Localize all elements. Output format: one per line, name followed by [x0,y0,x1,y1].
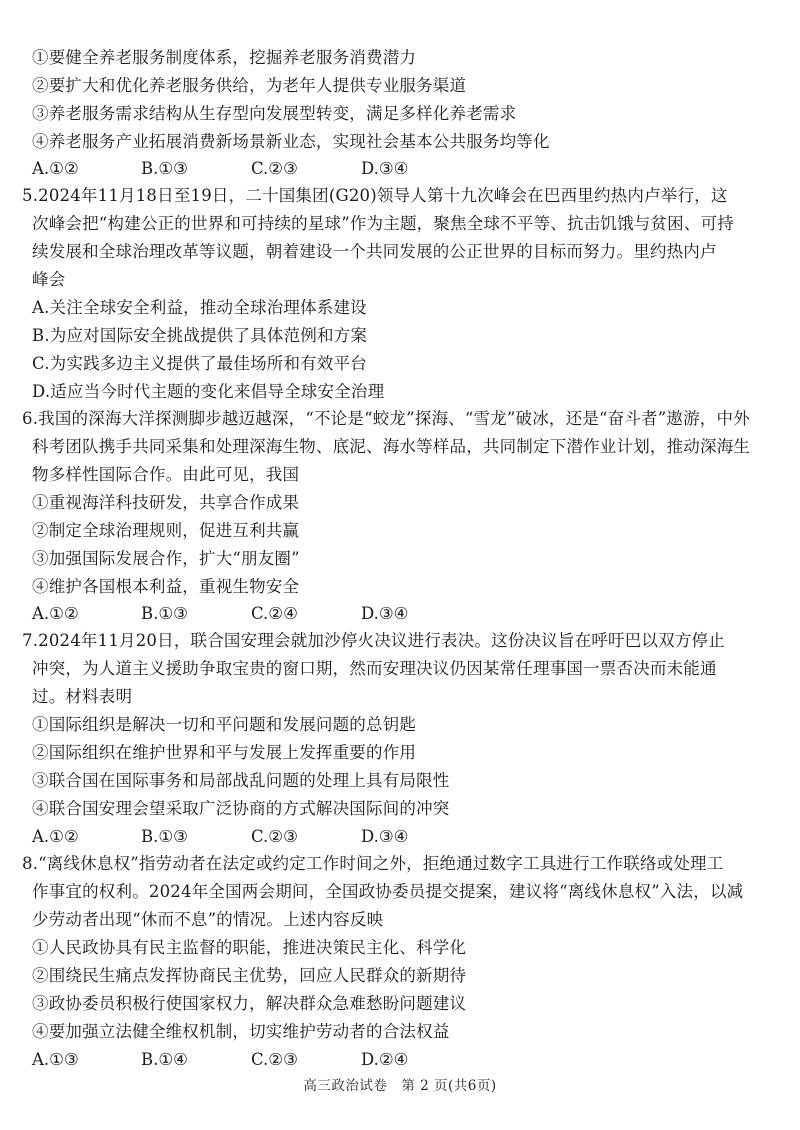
statement-1: ①人民政协具有民主监督的职能，推进决策民主化、科学化 [32,937,466,959]
statement-4: ④养老服务产业拓展消费新场景新业态，实现社会基本公共服务均等化 [32,131,550,153]
statement-1: ①要健全养老服务制度体系，挖掘养老服务消费潜力 [32,47,416,69]
statement-4: ④维护各国根本利益，重视生物安全 [32,576,299,598]
option-c: C.②④ [251,603,298,625]
statement-1: ①重视海洋科技研发，共享合作成果 [32,492,299,514]
statement-2: ②围绕民生痛点发挥协商民主优势，回应人民群众的新期待 [32,965,466,987]
question-stem-line: 过。材料表明 [32,686,132,708]
question-stem-line: 作事宜的权利。2024年全国两会期间，全国政协委员提交提案，建议将“离线休息权”… [32,881,743,903]
statement-2: ②国际组织在维护世界和平与发展上发挥重要的作用 [32,742,416,764]
question-stem-line: 物多样性国际合作。由此可见，我国 [32,464,299,486]
option-d: D.适应当今时代主题的变化来倡导全球安全治理 [32,381,384,403]
exam-page: ①要健全养老服务制度体系，挖掘养老服务消费潜力 ②要扩大和优化养老服务供给，为老… [0,0,800,1130]
statement-3: ③养老服务需求结构从生存型向发展型转变，满足多样化养老需求 [32,103,516,125]
option-a: A.①③ [32,1049,79,1071]
option-c: C.②③ [251,826,298,848]
option-c: C.②③ [251,1049,298,1071]
statement-3: ③联合国在国际事务和局部战乱问题的处理上具有局限性 [32,770,450,792]
option-a: A.关注全球安全利益，推动全球治理体系建设 [32,297,367,319]
option-b: B.①④ [141,1049,188,1071]
statement-2: ②要扩大和优化养老服务供给，为老年人提供专业服务渠道 [32,75,466,97]
option-d: D.②④ [361,1049,408,1071]
question-stem-line: 少劳动者出现“休而不息”的情况。上述内容反映 [32,909,383,931]
question-stem-line: 次峰会把“构建公正的世界和可持续的星球”作为主题，聚焦全球不平等、抗击饥饿与贫困… [32,213,734,235]
option-a: A.①② [32,603,79,625]
option-d: D.③④ [361,603,408,625]
question-stem-line: 7.2024年11月20日，联合国安理会就加沙停火决议进行表决。这份决议旨在呼吁… [22,630,725,652]
option-c: C.②③ [251,158,298,180]
question-stem-line: 5.2024年11月18日至19日，二十国集团(G20)领导人第十九次峰会在巴西… [22,185,728,207]
question-stem-line: 续发展和全球治理改革等议题，朝着建设一个共同发展的公正世界的目标而努力。里约热内… [32,241,717,263]
option-b: B.①③ [141,826,188,848]
question-stem-line: 6.我国的深海大洋探测脚步越迈越深，“不论是“蛟龙”探海、“雪龙”破冰，还是“奋… [22,408,750,430]
option-a: A.①② [32,158,79,180]
question-stem-line: 8.“离线休息权”指劳动者在法定或约定工作时间之外，拒绝通过数字工具进行工作联络… [22,853,723,875]
statement-1: ①国际组织是解决一切和平问题和发展问题的总钥匙 [32,714,416,736]
option-c: C.为实践多边主义提供了最佳场所和有效平台 [32,353,367,375]
option-b: B.①③ [141,603,188,625]
statement-2: ②制定全球治理规则，促进互利共赢 [32,520,299,542]
option-b: B.为应对国际安全挑战提供了具体范例和方案 [32,325,367,347]
question-stem-line: 峰会 [32,269,65,291]
option-d: D.③④ [361,158,408,180]
option-d: D.③④ [361,826,408,848]
question-stem-line: 冲突，为人道主义援助争取宝贵的窗口期，然而安理决议仍因某常任理事国一票否决而未能… [32,658,717,680]
statement-3: ③政协委员积极行使国家权力，解决群众急难愁盼问题建议 [32,993,466,1015]
statement-4: ④要加强立法健全维权机制，切实维护劳动者的合法权益 [32,1021,450,1043]
option-b: B.①③ [141,158,188,180]
option-a: A.①② [32,826,79,848]
page-footer: 高三政治试卷 第 2 页(共6页) [0,1077,800,1095]
statement-4: ④联合国安理会望采取广泛协商的方式解决国际间的冲突 [32,798,450,820]
question-stem-line: 科考团队携手共同采集和处理深海生物、底泥、海水等样品，共同制定下潜作业计划，推动… [32,436,750,458]
statement-3: ③加强国际发展合作，扩大“朋友圈” [32,548,300,570]
